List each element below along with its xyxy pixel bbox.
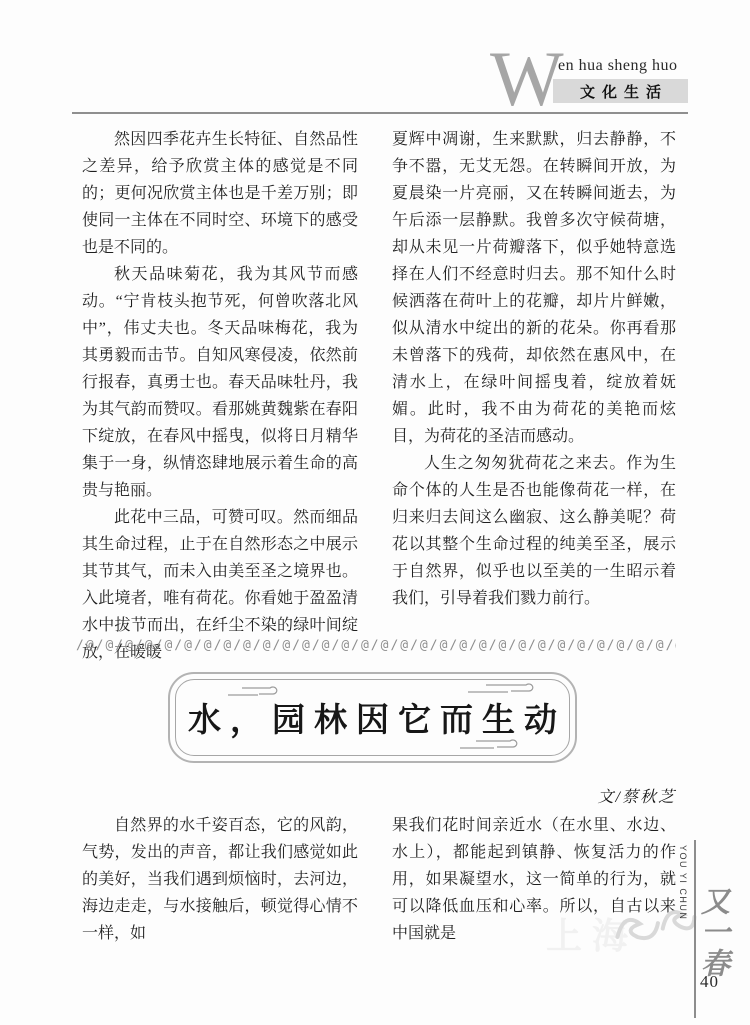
sidebar-column-calligraphy: 又一春 — [699, 886, 728, 979]
paragraph: 秋天品味菊花，我为其风节而感动。“宁肯枝头抱节死，何曾吹落北风中”，伟丈夫也。冬… — [82, 261, 358, 504]
article1-right-column: 夏辉中凋谢，生来默默，归去静静，不争不嚣，无艾无怨。在转瞬间开放，为夏晨染一片亮… — [392, 126, 676, 612]
cloud-ornament-icon — [458, 736, 528, 752]
wave-divider-ornament: ∕@∕@∕@∕@∕@∕@∕@∕@∕@∕@∕@∕@∕@∕@∕@∕@∕@∕@∕@∕@… — [76, 638, 676, 656]
header-rule — [72, 112, 688, 114]
paragraph: 然因四季花卉生长特征、自然品性之差异，给予欣赏主体的感觉是不同的；更何况欣赏主体… — [82, 126, 358, 261]
page-number: 40 — [700, 972, 719, 992]
section-pinyin: en hua sheng huo — [558, 57, 678, 75]
cloud-ornament-icon — [226, 683, 290, 699]
paragraph: 人生之匆匆犹荷花之来去。作为生命个体的人生是否也能像荷花一样，在归来归去间这么幽… — [392, 450, 676, 612]
article2-title-frame: 水，园林因它而生动 — [168, 672, 577, 763]
article2-left-column: 自然界的水千姿百态，它的风韵，气势，发出的声音，都让我们感觉如此的美好，当我们遇… — [82, 812, 358, 947]
article1-left-column: 然因四季花卉生长特征、自然品性之差异，给予欣赏主体的感觉是不同的；更何况欣赏主体… — [82, 126, 358, 666]
cloud-ornament-icon — [466, 680, 544, 696]
section-label: 文化生活 — [573, 81, 668, 102]
magazine-page: W en hua sheng huo 文化生活 然因四季花卉生长特征、自然品性之… — [0, 0, 750, 1025]
sidebar-column-pinyin: YOU YI CHUN — [678, 845, 688, 920]
section-label-box: 文化生活 — [553, 79, 688, 103]
article2-byline: 文/蔡秋芝 — [392, 784, 676, 807]
paragraph: 自然界的水千姿百态，它的风韵，气势，发出的声音，都让我们感觉如此的美好，当我们遇… — [82, 812, 358, 947]
article2-title: 水，园林因它而生动 — [179, 694, 566, 741]
paragraph: 夏辉中凋谢，生来默默，归去静静，不争不嚣，无艾无怨。在转瞬间开放，为夏晨染一片亮… — [392, 126, 676, 450]
sidebar-rule — [694, 840, 696, 1018]
